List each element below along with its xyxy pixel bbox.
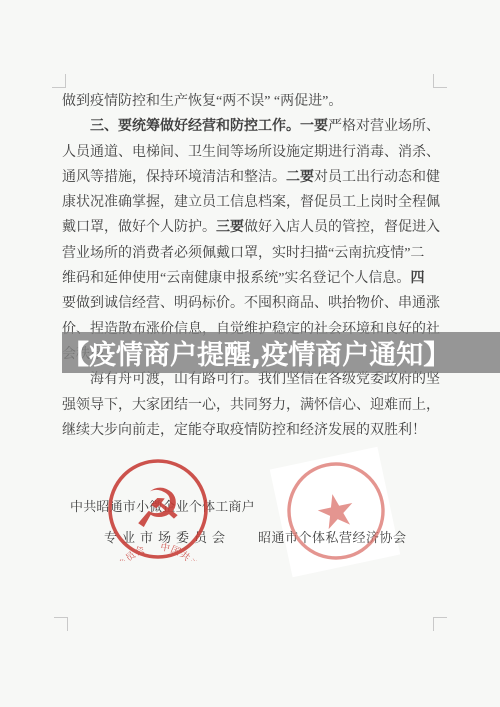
- text-line: 营业场所的消费者必须佩戴口罩，实时扫描“云南抗疫情”二: [62, 241, 442, 266]
- text-segment: 营业场所的消费者必须佩戴口罩，实时扫描“云南抗疫情”二: [62, 246, 424, 261]
- text-line: 戴口罩，做好个人防护。三要做好入店人员的管控，督促进入: [62, 215, 442, 240]
- text-segment: 做到疫情防控和生产恢复“两不误” “两促进”。: [62, 94, 342, 109]
- text-segment: 要做到诚信经营、明码标价。不囤积商品、哄抬物价、串通涨: [62, 296, 440, 311]
- text-line: 要做到诚信经营、明码标价。不囤积商品、哄抬物价、串通涨: [62, 291, 442, 316]
- text-segment: 一要: [300, 119, 328, 134]
- text-segment: 维码和延伸使用“云南健康申报系统”实名登记个人信息。: [62, 271, 410, 286]
- text-line: 强领导下，大家团结一心，共同努力，满怀信心、迎难而上，: [62, 393, 442, 418]
- document-body-text: 做到疫情防控和生产恢复“两不误” “两促进”。三、要统筹做好经营和防控工作。一要…: [62, 89, 442, 443]
- margin-corner-mark-top-right: [433, 74, 447, 88]
- text-segment: 严格对营业场所、: [328, 119, 440, 134]
- text-segment: 对员工出行动态和健: [314, 170, 440, 185]
- text-segment: 通风等措施，保持环境清洁和整洁。: [62, 170, 286, 185]
- hammer-sickle-icon: ☭: [134, 477, 182, 540]
- overlay-banner: 【疫情商户提醒,疫情商户通知】: [62, 332, 500, 373]
- text-segment: 三要: [216, 220, 244, 235]
- text-line: 康状况准确掌握，建立员工信息档案，督促员工上岗时全程佩: [62, 190, 442, 215]
- text-segment: 做好入店人员的管控，督促进入: [244, 220, 440, 235]
- margin-corner-mark-bottom-right: [433, 617, 447, 631]
- text-segment: 康状况准确掌握，建立员工信息档案，督促员工上岗时全程佩: [62, 195, 440, 210]
- margin-corner-mark-bottom-left: [54, 617, 68, 631]
- association-seal: 昭通市个体私营经济协会 ★: [274, 449, 397, 572]
- text-segment: 四: [410, 271, 424, 286]
- text-segment: 人员通道、电梯间、卫生间等场所设施定期进行消毒、消杀、: [62, 145, 440, 160]
- text-line: 通风等措施，保持环境清洁和整洁。二要对员工出行动态和健: [62, 165, 442, 190]
- text-segment: 三、要统筹做好经营和防控工作。: [90, 119, 300, 134]
- text-line: 三、要统筹做好经营和防控工作。一要严格对营业场所、: [62, 114, 442, 139]
- text-line: 人员通道、电梯间、卫生间等场所设施定期进行消毒、消杀、: [62, 140, 442, 165]
- scanned-notice-page: 做到疫情防控和生产恢复“两不误” “两促进”。三、要统筹做好经营和防控工作。一要…: [0, 0, 500, 707]
- text-line: 维码和延伸使用“云南健康申报系统”实名登记个人信息。四: [62, 266, 442, 291]
- margin-corner-mark-top-left: [52, 74, 66, 88]
- text-line: 做到疫情防控和生产恢复“两不误” “两促进”。: [62, 89, 442, 114]
- text-segment: 继续大步向前走，定能夺取疫情防控和经济发展的双胜利！: [62, 423, 426, 438]
- text-segment: 强领导下，大家团结一心，共同努力，满怀信心、迎难而上，: [62, 398, 440, 413]
- overlay-banner-text: 【疫情商户提醒,疫情商户通知】: [62, 333, 450, 372]
- party-committee-seal: 中国共产党昭通市小微企业个体工商户专业市场委员会 ☭: [106, 457, 210, 561]
- text-line: 继续大步向前走，定能夺取疫情防控和经济发展的双胜利！: [62, 418, 442, 443]
- star-icon: ★: [310, 480, 362, 541]
- text-segment: 海有舟可渡，山有路可行。我们坚信在各级党委政府的坚: [90, 372, 440, 387]
- text-segment: 戴口罩，做好个人防护。: [62, 220, 216, 235]
- text-segment: 二要: [286, 170, 314, 185]
